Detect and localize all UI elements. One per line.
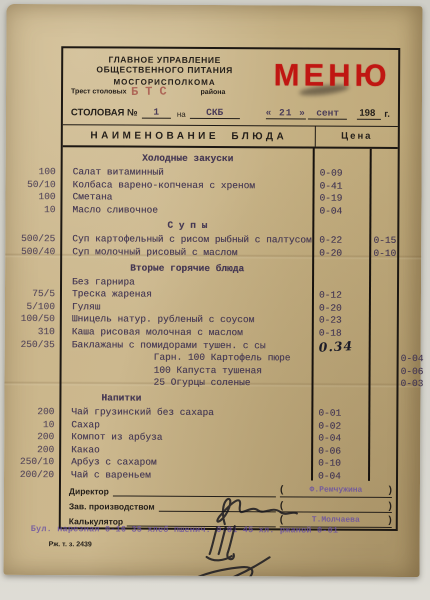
price-column-header: Цена bbox=[315, 127, 398, 147]
dish-price-secondary bbox=[372, 206, 398, 219]
portion-value: 100 bbox=[7, 191, 55, 204]
date-year-label: 198 bbox=[357, 108, 381, 120]
dish-price-secondary bbox=[423, 353, 425, 366]
date-day-field: « 21 » bbox=[266, 107, 306, 119]
dish-price: 0-23 bbox=[312, 315, 371, 328]
dish-name: Чай с вареньем bbox=[61, 469, 311, 483]
preposition-label: на bbox=[177, 110, 186, 119]
table-header: НАИМЕНОВАНИЕ БЛЮДА Цена bbox=[63, 124, 398, 149]
menu-body: Холодные закуски100Салат витаминный0-095… bbox=[61, 147, 398, 481]
signature-line bbox=[159, 500, 276, 513]
section-title: С у п ы bbox=[62, 219, 312, 234]
signature-block: Директор(Ф.Ремчужина)Зав. производством(… bbox=[61, 481, 396, 528]
dish-price-secondary: 0-15 bbox=[371, 235, 397, 248]
dish-name: 25 Огурцы соленые bbox=[61, 377, 393, 391]
dish-price-secondary bbox=[372, 193, 398, 206]
signature-name-stamp: Ф.Ремчужина bbox=[310, 485, 363, 497]
paren-close: ) bbox=[388, 501, 391, 512]
portion-value: 200/20 bbox=[6, 469, 54, 482]
portion-value: 75/5 bbox=[7, 288, 55, 301]
portion-value: 500/25 bbox=[7, 233, 55, 246]
bread-price-stamp-line: Бул. нарезная 0-16 35 хлеб пшенич. 0-01 … bbox=[31, 524, 423, 536]
paren-open: ( bbox=[280, 500, 283, 511]
dish-price-secondary bbox=[371, 290, 397, 303]
portion-value: 100/50 bbox=[7, 313, 55, 326]
print-shop-mark: Рж. т. з. 2439 bbox=[49, 541, 92, 548]
dish-price: 0-04 bbox=[311, 433, 370, 446]
name-column-header: НАИМЕНОВАНИЕ БЛЮДА bbox=[63, 130, 315, 142]
portion-value: 250/10 bbox=[6, 456, 54, 469]
dish-price: 0-04 bbox=[312, 205, 371, 218]
dish-price-secondary bbox=[370, 471, 396, 484]
dish-name: Суп молочный рисовый с маслом bbox=[62, 246, 312, 260]
dish-price: 0-41 bbox=[313, 180, 372, 193]
dish-price-secondary bbox=[370, 433, 396, 446]
paren-open: ( bbox=[280, 484, 283, 496]
portion-value: 50/10 bbox=[8, 179, 56, 192]
signature-row: Зав. производством() bbox=[69, 496, 392, 513]
dish-price: 0-20 bbox=[312, 302, 371, 315]
signature-label: Директор bbox=[69, 486, 109, 496]
dish-price: 0-10 bbox=[311, 458, 370, 471]
document-header: ГЛАВНОЕ УПРАВЛЕНИЕ ОБЩЕСТВЕННОГО ПИТАНИЯ… bbox=[63, 48, 398, 94]
dish-price-secondary bbox=[423, 366, 425, 379]
menu-row: 25 Огурцы соленые0-03 bbox=[61, 377, 396, 391]
dish-price: 0-01 bbox=[311, 407, 370, 420]
section-title: Холодные закуски bbox=[63, 151, 313, 166]
portion-value: 200 bbox=[6, 406, 54, 419]
dish-price: 0-09 bbox=[313, 168, 372, 181]
paren-close: ) bbox=[389, 485, 392, 497]
dish-price: 0-06 bbox=[394, 366, 424, 379]
canteen-place-field: СКБ bbox=[190, 107, 240, 119]
bottom-flourish bbox=[188, 557, 270, 577]
dish-price-secondary bbox=[372, 180, 398, 193]
dish-price bbox=[312, 277, 371, 290]
trust-label: Трест столовых bbox=[71, 88, 127, 95]
dish-price-secondary: 0-10 bbox=[371, 248, 397, 261]
section-title: Напитки bbox=[61, 391, 351, 407]
org-line-2: ОБЩЕСТВЕННОГО ПИТАНИЯ bbox=[63, 64, 266, 75]
dish-price: 0-03 bbox=[393, 378, 423, 391]
portion-value: 200 bbox=[6, 431, 54, 444]
dish-price: 0-20 bbox=[312, 247, 371, 260]
dish-price: 0-06 bbox=[311, 445, 370, 458]
dish-price-secondary bbox=[371, 340, 397, 353]
district-label: района bbox=[201, 89, 226, 96]
trust-row: Трест столовых БТС района bbox=[63, 88, 398, 97]
portion-value: 200 bbox=[6, 444, 54, 457]
menu-row: 10Масло сливочное0-04 bbox=[62, 204, 397, 218]
dish-price: 0-04 bbox=[311, 470, 370, 483]
dish-price-secondary bbox=[372, 168, 398, 181]
canteen-label: СТОЛОВАЯ № bbox=[71, 107, 138, 118]
menu-row: 200/20Чай с вареньем0-04 bbox=[61, 469, 396, 483]
trust-stamp-value: БТС bbox=[131, 84, 174, 99]
dish-price-secondary bbox=[370, 458, 396, 471]
menu-row: 500/40Суп молочный рисовый с маслом0-200… bbox=[62, 246, 397, 260]
signature-label: Зав. производством bbox=[69, 501, 155, 511]
dish-price-secondary bbox=[370, 446, 396, 459]
dish-price: 0-02 bbox=[311, 420, 370, 433]
section-title: Вторые горячие блюда bbox=[62, 261, 312, 276]
dish-price-secondary bbox=[371, 277, 397, 290]
dish-price-secondary bbox=[371, 408, 397, 421]
dish-price: 0.34 bbox=[311, 339, 371, 354]
signature-row: Директор(Ф.Ремчужина) bbox=[69, 481, 392, 498]
dish-price-secondary bbox=[371, 303, 397, 316]
dish-price: 0-12 bbox=[312, 290, 371, 303]
signature-name-box: () bbox=[280, 500, 392, 513]
menu-frame: ГЛАВНОЕ УПРАВЛЕНИЕ ОБЩЕСТВЕННОГО ПИТАНИЯ… bbox=[59, 46, 401, 531]
portion-value: 10 bbox=[7, 204, 55, 217]
dish-price-secondary bbox=[370, 420, 396, 433]
portion-value: 10 bbox=[6, 418, 54, 431]
portion-value: 310 bbox=[7, 326, 55, 339]
dish-price: 0-04 bbox=[394, 353, 424, 366]
dish-price: 0-22 bbox=[312, 235, 371, 248]
signature-name-box: (Ф.Ремчужина) bbox=[280, 484, 392, 498]
portion-value: 250/35 bbox=[7, 338, 55, 351]
menu-paper-photo: ГЛАВНОЕ УПРАВЛЕНИЕ ОБЩЕСТВЕННОГО ПИТАНИЯ… bbox=[4, 4, 423, 577]
portion-value: 100 bbox=[8, 166, 56, 179]
canteen-row: СТОЛОВАЯ № 1 на СКБ « 21 » сент 198 г. bbox=[63, 102, 398, 120]
dish-price: 0-19 bbox=[312, 193, 371, 206]
year-suffix-label: г. bbox=[384, 109, 390, 120]
dish-price-secondary bbox=[423, 378, 425, 391]
signature-line bbox=[113, 484, 276, 497]
date-month-field: сент bbox=[308, 107, 348, 119]
canteen-number-field: 1 bbox=[142, 107, 171, 119]
dish-name: Масло сливочное bbox=[62, 204, 312, 218]
dish-price-secondary bbox=[371, 328, 397, 341]
portion-value: 5/100 bbox=[7, 301, 55, 314]
portion-value: 500/40 bbox=[7, 246, 55, 259]
dish-price-secondary bbox=[371, 315, 397, 328]
